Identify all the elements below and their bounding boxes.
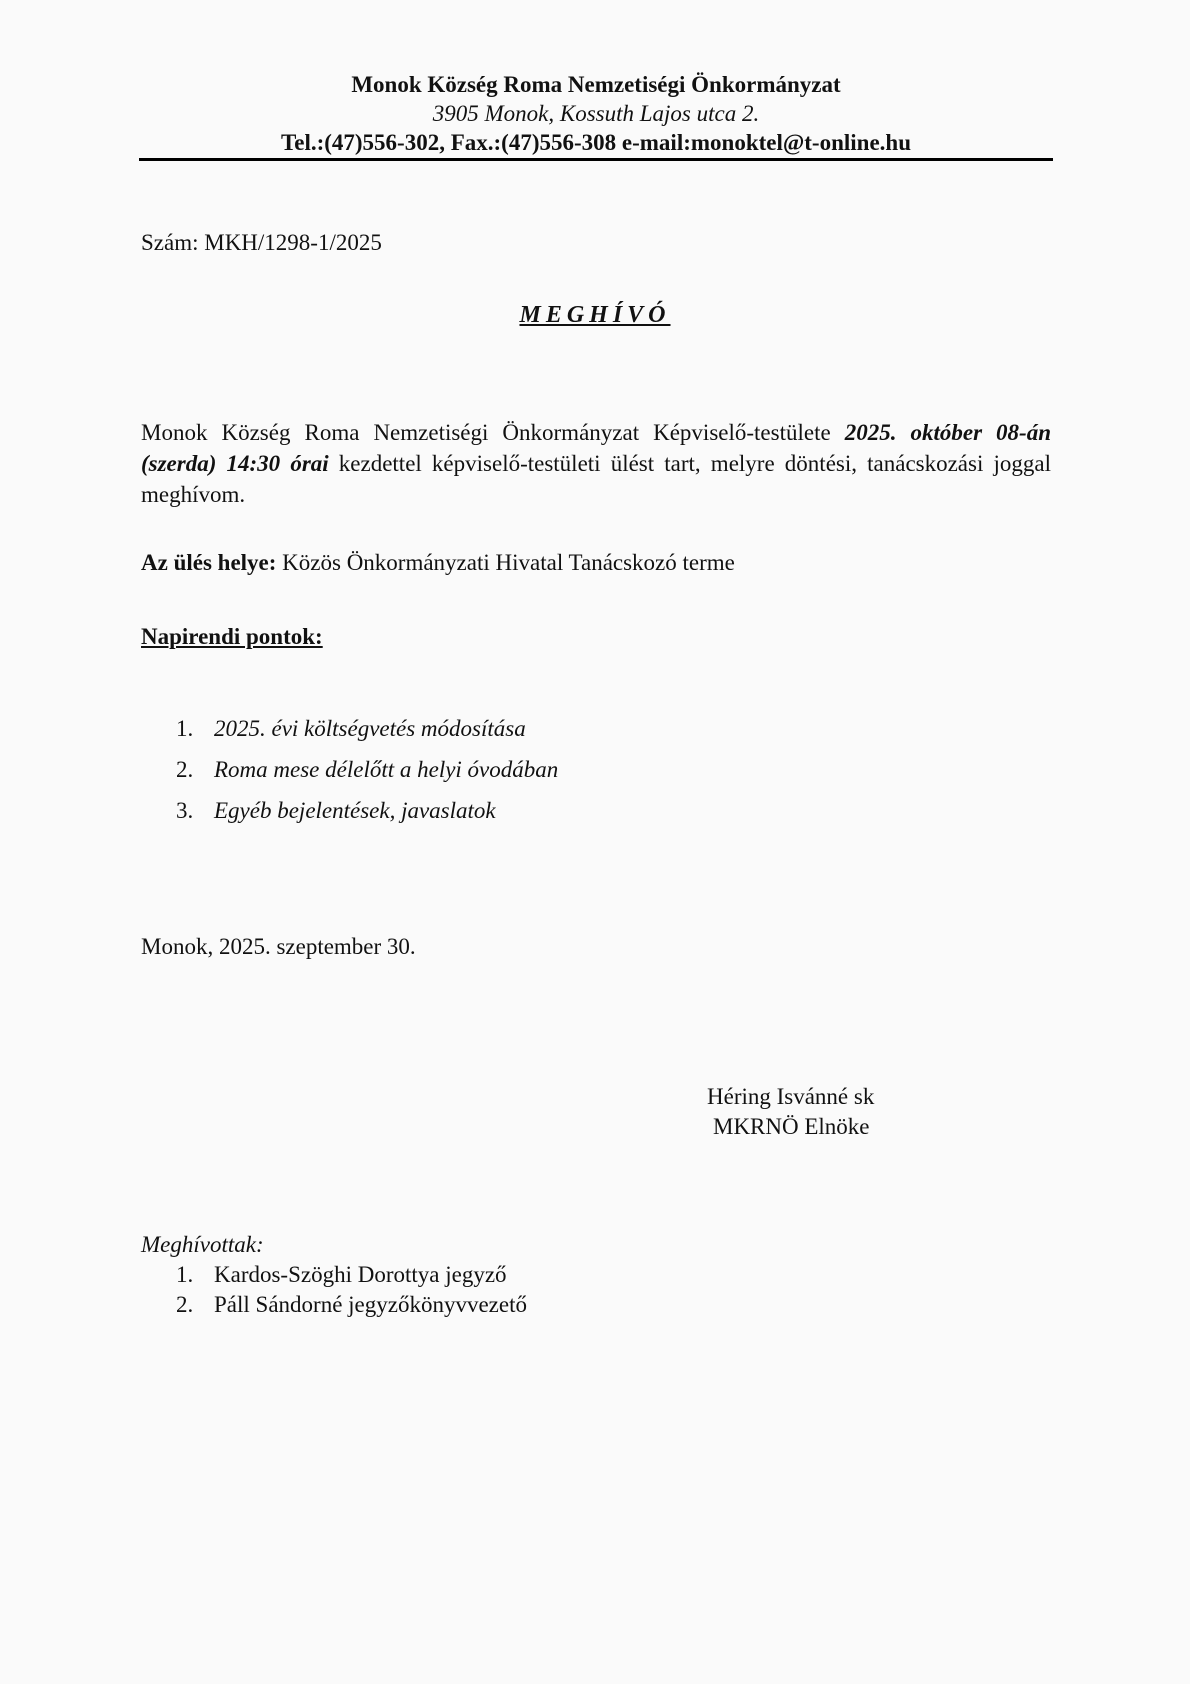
letterhead-divider: [139, 158, 1053, 161]
document-title: MEGHÍVÓ: [0, 300, 1190, 330]
signatory-name: Héring Isvánné sk: [707, 1082, 874, 1112]
location-value: Közös Önkormányzati Hivatal Tanácskozó t…: [276, 550, 734, 575]
invitation-intro: Monok Község Roma Nemzetiségi Önkormányz…: [141, 420, 845, 445]
agenda-item-number: 3.: [176, 790, 214, 831]
organization-address: 3905 Monok, Kossuth Lajos utca 2.: [140, 99, 1052, 128]
invited-item-number: 1.: [176, 1260, 214, 1290]
invited-label: Meghívottak:: [141, 1230, 264, 1260]
agenda-item-number: 2.: [176, 749, 214, 790]
invited-list: 1. Kardos-Szöghi Dorottya jegyző 2. Páll…: [176, 1260, 527, 1320]
letterhead: Monok Község Roma Nemzetiségi Önkormányz…: [140, 70, 1052, 157]
organization-name: Monok Község Roma Nemzetiségi Önkormányz…: [140, 70, 1052, 99]
invited-item: 1. Kardos-Szöghi Dorottya jegyző: [176, 1260, 527, 1290]
invited-item-text: Páll Sándorné jegyzőkönyvvezető: [214, 1290, 527, 1320]
agenda-item: 2. Roma mese délelőtt a helyi óvodában: [176, 749, 558, 790]
reference-number: Szám: MKH/1298-1/2025: [141, 228, 382, 258]
signatory-role: MKRNÖ Elnöke: [707, 1112, 874, 1142]
signature-block: Héring Isvánné sk MKRNÖ Elnöke: [707, 1082, 874, 1142]
agenda-item: 1. 2025. évi költségvetés módosítása: [176, 708, 558, 749]
invited-item: 2. Páll Sándorné jegyzőkönyvvezető: [176, 1290, 527, 1320]
agenda-title: Napirendi pontok:: [141, 622, 323, 652]
agenda-item-text: Egyéb bejelentések, javaslatok: [214, 790, 496, 831]
agenda-item-text: Roma mese délelőtt a helyi óvodában: [214, 749, 558, 790]
agenda-list: 1. 2025. évi költségvetés módosítása 2. …: [176, 708, 558, 831]
organization-contact: Tel.:(47)556-302, Fax.:(47)556-308 e-mai…: [140, 128, 1052, 157]
invited-item-number: 2.: [176, 1290, 214, 1320]
agenda-item-text: 2025. évi költségvetés módosítása: [214, 708, 526, 749]
agenda-item: 3. Egyéb bejelentések, javaslatok: [176, 790, 558, 831]
document-page: Monok Község Roma Nemzetiségi Önkormányz…: [0, 0, 1190, 1684]
invitation-paragraph: Monok Község Roma Nemzetiségi Önkormányz…: [141, 417, 1051, 510]
invited-item-text: Kardos-Szöghi Dorottya jegyző: [214, 1260, 507, 1290]
location-label: Az ülés helye:: [141, 550, 276, 575]
agenda-item-number: 1.: [176, 708, 214, 749]
place-and-date: Monok, 2025. szeptember 30.: [141, 932, 416, 962]
meeting-location: Az ülés helye: Közös Önkormányzati Hivat…: [141, 548, 735, 578]
